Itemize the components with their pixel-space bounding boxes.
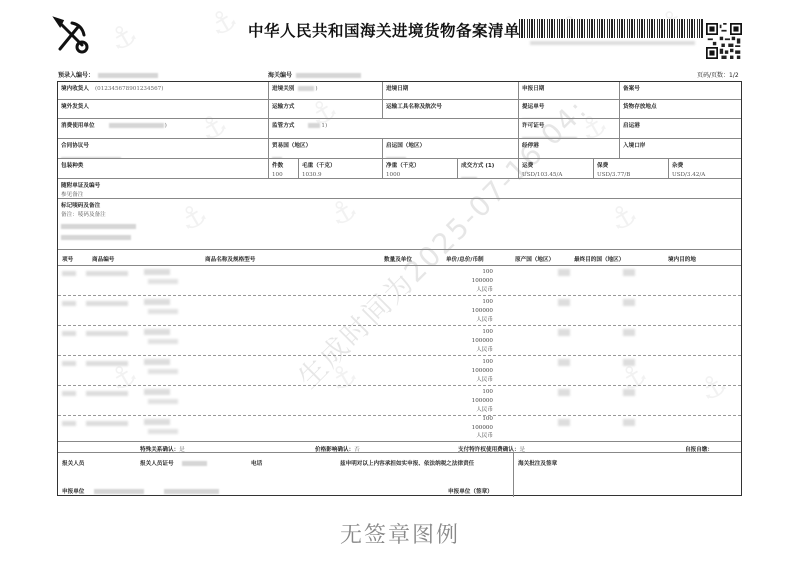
redacted-value — [298, 86, 314, 91]
consignee-cell: 境内收货人(01234567890123456​7) — [58, 82, 269, 99]
consignee-label: 境内收货人 — [61, 86, 89, 92]
consumer-value: ) — [165, 123, 167, 129]
redacted-value — [62, 331, 76, 336]
redacted-value — [623, 269, 635, 276]
record-no-label: 备案号 — [623, 84, 740, 92]
bill-no-label: 提运单号 — [522, 102, 616, 110]
col-goods-name: 商品名称及规格型号 — [205, 255, 255, 263]
form-row-attached-docs: 随附单证及编号 参见备注 — [58, 179, 741, 199]
redacted-value — [86, 361, 128, 366]
currency: 人民币 — [453, 316, 493, 325]
redacted-value — [522, 137, 577, 138]
goods-row: 100100000人民币 — [58, 296, 741, 326]
redacted-value — [86, 271, 128, 276]
redacted-value — [148, 309, 178, 314]
redacted-value — [623, 299, 635, 306]
insurance-value: USD/3.77/B — [597, 172, 665, 178]
redacted-value — [144, 269, 170, 275]
col-domestic-destination: 境内目的地 — [668, 255, 696, 263]
freight-label: 运费 — [522, 161, 590, 169]
redacted-value — [144, 419, 170, 425]
redacted-value — [62, 391, 76, 396]
redacted-value — [623, 329, 635, 336]
net-weight-label: 净重（千克） — [386, 161, 454, 169]
redacted-value — [61, 224, 136, 229]
declaring-unit-seal-label: 申报单位（签章） — [448, 487, 493, 495]
redacted-value — [86, 331, 128, 336]
unit-price: 100 — [453, 415, 493, 424]
declaring-unit: 申报单位 — [62, 487, 219, 495]
redacted-value — [98, 73, 158, 78]
consignee-value: (01234567890123456​7) — [95, 86, 163, 92]
redacted-value — [144, 359, 170, 365]
col-item-no: 项号 — [62, 255, 73, 263]
unit-price: 100 — [453, 328, 493, 337]
form-row-5: 包装种类 件数100 毛重（千克）1030.9 净重（千克）1000 成交方式 … — [58, 159, 741, 179]
redacted-value — [109, 123, 164, 128]
total-price: 100000 — [453, 397, 493, 406]
redacted-value — [461, 177, 477, 178]
trade-country-label: 贸易国（地区） — [272, 141, 379, 149]
phone-label: 电话 — [251, 459, 262, 467]
price-cell: 100100000人民币 — [453, 388, 493, 415]
departure-country-label: 启运国（地区） — [386, 141, 515, 149]
page-value: 1/2 — [729, 72, 739, 79]
supervision-label: 监管方式 — [272, 123, 294, 129]
entry-port-label: 进境关别 — [272, 86, 294, 92]
gross-weight-value: 1030.9 — [302, 172, 379, 178]
contract-label: 合同协议号 — [61, 141, 265, 149]
redacted-value — [144, 329, 170, 335]
customs-approval-label: 海关批注及签章 — [518, 459, 557, 467]
page-indicator: 页码/页数：1/2 — [697, 70, 739, 79]
packaging-label: 包装种类 — [61, 161, 265, 169]
declaration-footer: 报关人员 报关人员证号 电话 兹申明对以上内容承担如实申报、依法纳税之法律责任 … — [58, 453, 741, 497]
declare-date-cell: 申报日期 — [519, 82, 620, 99]
price-cell: 100100000人民币 — [453, 268, 493, 295]
redacted-value — [62, 301, 76, 306]
currency: 人民币 — [453, 432, 493, 441]
transit-port-label: 经停港 — [522, 141, 616, 149]
redacted-value — [558, 419, 570, 426]
confirmations-row: 特殊关系确认：是 价格影响确认：否 支付特许权使用费确认：是 自报自缴： — [58, 441, 741, 453]
pre-entry-number-label: 预录入编号： — [58, 72, 94, 79]
col-price: 单价/总价/币制 — [446, 255, 484, 263]
redacted-value — [148, 429, 178, 434]
col-origin: 原产国（地区） — [515, 255, 554, 263]
currency: 人民币 — [453, 286, 493, 295]
redacted-value — [148, 399, 178, 404]
redacted-value — [61, 235, 131, 240]
redacted-value — [296, 73, 361, 78]
customs-emblem-icon — [52, 15, 92, 55]
currency: 人民币 — [453, 406, 493, 415]
price-cell: 100100000人民币 — [453, 415, 493, 441]
unit-price: 100 — [453, 358, 493, 367]
form-row-4: 合同协议号 贸易国（地区） 启运国（地区） 经停港 入境口岸 — [58, 139, 741, 159]
redacted-value — [86, 301, 128, 306]
storage-label: 货物存放地点 — [623, 102, 740, 110]
transport-mode-label: 运输方式 — [272, 102, 379, 110]
attached-docs-value: 参见备注 — [61, 190, 738, 198]
form-row-marks: 标记唛码及备注 备注：唛码及备注 — [58, 199, 741, 249]
declarant-id: 报关人员证号 — [140, 459, 207, 467]
redacted-value — [94, 489, 144, 494]
watermark-logo: ⚓ — [103, 16, 144, 60]
gross-weight-label: 毛重（千克） — [302, 161, 379, 169]
record-no-cell: 备案号 — [620, 82, 743, 99]
redacted-value — [558, 329, 570, 336]
pre-entry-number: 预录入编号： — [58, 70, 158, 79]
declaration-form: 境内收货人(01234567890123456​7) 进境关别) 进境日期 申报… — [57, 81, 742, 496]
redacted-value — [558, 269, 570, 276]
currency: 人民币 — [453, 376, 493, 385]
redacted-value — [148, 339, 178, 344]
form-row-3: 消费使用单位) 监管方式1) 许可证号 启运港 — [58, 119, 741, 139]
goods-row: 100100000人民币 — [58, 356, 741, 386]
redacted-value — [148, 279, 178, 284]
redacted-value — [182, 461, 207, 466]
redacted-value — [148, 369, 178, 374]
redacted-value — [558, 299, 570, 306]
redacted-value — [144, 389, 170, 395]
misc-fee-label: 杂费 — [672, 161, 740, 169]
redacted-value — [86, 391, 128, 396]
qr-code — [706, 23, 742, 59]
redacted-value — [61, 157, 121, 158]
misc-fee-value: USD/3.42/A — [672, 172, 740, 178]
deal-mode-label: 成交方式 (1) — [461, 161, 515, 169]
price-cell: 100100000人民币 — [453, 358, 493, 385]
redacted-value — [623, 389, 635, 396]
total-price: 100000 — [453, 337, 493, 346]
price-influence-confirm: 价格影响确认：否 — [315, 445, 360, 453]
marks-label: 标记唛码及备注 — [61, 201, 738, 209]
currency: 人民币 — [453, 346, 493, 355]
redacted-value — [558, 389, 570, 396]
footer-divider — [513, 453, 514, 497]
price-cell: 100100000人民币 — [453, 328, 493, 355]
marks-value: 备注：唛码及备注 — [61, 210, 738, 218]
license-label: 许可证号 — [522, 121, 616, 129]
price-cell: 100100000人民币 — [453, 298, 493, 325]
entry-date-label: 进境日期 — [386, 84, 515, 92]
redacted-value — [164, 489, 219, 494]
vessel-label: 运输工具名称及航次号 — [386, 102, 515, 110]
freight-value: USD/103.45/A — [522, 172, 590, 178]
attached-docs-label: 随附单证及编号 — [61, 181, 738, 189]
redacted-value — [623, 419, 635, 426]
pieces-value: 100 — [272, 172, 295, 178]
redacted-value — [144, 299, 170, 305]
redacted-value — [272, 157, 282, 158]
goods-row: 100100000人民币 — [58, 266, 741, 296]
pieces-label: 件数 — [272, 161, 295, 169]
total-price: 100000 — [453, 424, 493, 433]
barcode — [519, 19, 704, 38]
total-price: 100000 — [453, 307, 493, 316]
declaring-unit-label: 申报单位 — [62, 489, 84, 495]
total-price: 100000 — [453, 277, 493, 286]
departure-port-label: 启运港 — [623, 121, 740, 129]
document-title: 中华人民共和国海关进境货物备案清单 — [248, 19, 520, 41]
declarant-id-label: 报关人员证号 — [140, 461, 174, 467]
form-row-2: 境外发货人 运输方式 运输工具名称及航次号 提运单号 货物存放地点 — [58, 100, 741, 119]
page-label: 页码/页数： — [697, 72, 729, 79]
entry-border-label: 入境口岸 — [623, 141, 740, 149]
redacted-value — [62, 421, 76, 426]
special-relation-confirm: 特殊关系确认：是 — [140, 445, 185, 453]
unit-price: 100 — [453, 298, 493, 307]
goods-row: 100100000人民币 — [58, 416, 741, 441]
shipper-label: 境外发货人 — [61, 102, 265, 110]
barcode-number-redacted — [530, 41, 695, 45]
goods-row: 100100000人民币 — [58, 386, 741, 416]
entry-port-value: ) — [315, 86, 317, 92]
customs-declaration-page: ⚓ ⚓ ⚓ ⚓ ⚓ ⚓ ⚓ ⚓ ⚓ ⚓ ⚓ ⚓ ⚓ ⚓ 生成时间为2025-07… — [0, 0, 800, 505]
watermark-logo: ⚓ — [203, 1, 244, 45]
col-destination-country: 最终目的国（地区） — [574, 255, 624, 263]
redacted-value — [86, 421, 128, 426]
royalty-confirm: 支付特许权使用费确认：是 — [458, 445, 525, 453]
redacted-value — [62, 361, 76, 366]
goods-row: 100100000人民币 — [58, 326, 741, 356]
self-report: 自报自缴： — [685, 445, 713, 453]
unit-price: 100 — [453, 268, 493, 277]
redacted-value — [386, 157, 406, 158]
customs-number: 海关编号 — [268, 70, 361, 79]
image-caption: 无签章图例 — [0, 518, 800, 549]
customs-number-label: 海关编号 — [268, 72, 292, 79]
supervision-value: 1) — [321, 123, 327, 129]
redacted-value — [558, 359, 570, 366]
consumer-label: 消费使用单位 — [61, 123, 95, 129]
declare-date-label: 申报日期 — [522, 84, 616, 92]
col-hs-code: 商品编号 — [92, 255, 114, 263]
redacted-value — [623, 359, 635, 366]
insurance-label: 保费 — [597, 161, 665, 169]
col-quantity: 数量及单位 — [384, 255, 412, 263]
declarant-label: 报关人员 — [62, 459, 84, 467]
form-row-1: 境内收货人(01234567890123456​7) 进境关别) 进境日期 申报… — [58, 82, 741, 100]
legal-statement: 兹申明对以上内容承担如实申报、依法纳税之法律责任 — [340, 459, 474, 467]
unit-price: 100 — [453, 388, 493, 397]
net-weight-value: 1000 — [386, 172, 454, 178]
entry-date-cell: 进境日期 — [383, 82, 519, 99]
goods-table-header: 项号 商品编号 商品名称及规格型号 数量及单位 单价/总价/币制 原产国（地区）… — [58, 249, 741, 266]
total-price: 100000 — [453, 367, 493, 376]
entry-port-cell: 进境关别) — [269, 82, 383, 99]
redacted-value — [308, 123, 320, 128]
redacted-value — [62, 271, 76, 276]
